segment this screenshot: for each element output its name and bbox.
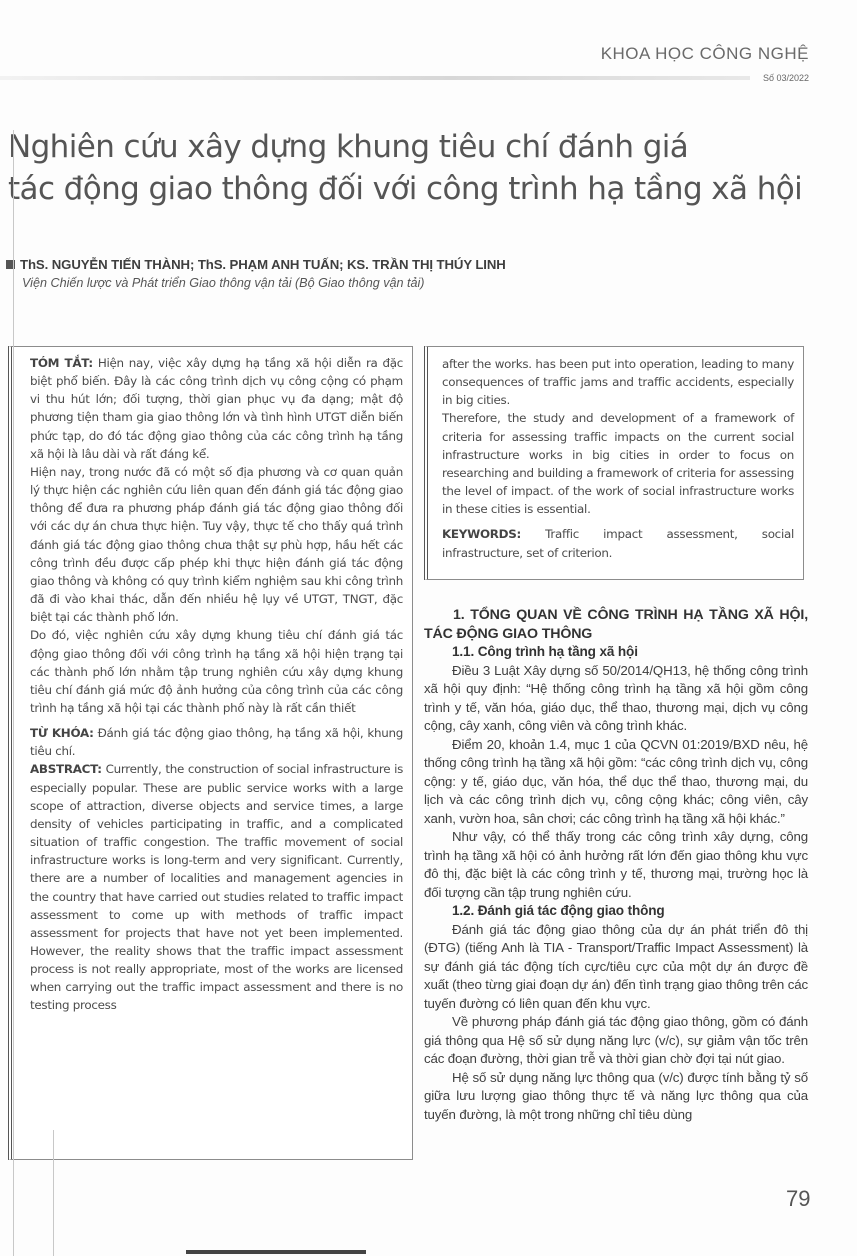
abstract-vi-p2: Hiện nay, trong nước đã có một số địa ph… xyxy=(30,463,403,626)
header-rule xyxy=(0,76,750,80)
abstract-en-text-1: Currently, the construction of social in… xyxy=(30,762,403,1012)
scan-fold-line xyxy=(13,130,14,1256)
body-paragraph: Như vậy, có thể thấy trong các công trìn… xyxy=(424,828,808,902)
issue-number: Số 03/2022 xyxy=(763,73,809,83)
title-line-2: tác động giao thông đối với công trình h… xyxy=(8,171,802,207)
section-name: KHOA HỌC CÔNG NGHỆ xyxy=(601,44,809,63)
abstract-vi-p1: TÓM TẮT: Hiện nay, việc xây dựng hạ tầng… xyxy=(30,354,403,463)
body-paragraph: Điều 3 Luật Xây dựng số 50/2014/QH13, hệ… xyxy=(424,662,808,736)
abstract-vi-text-1: Hiện nay, việc xây dựng hạ tầng xã hội d… xyxy=(30,356,403,461)
keywords-en-label: KEYWORDS: xyxy=(442,527,521,541)
abstract-en-p2: Therefore, the study and development of … xyxy=(442,409,794,518)
keywords-en: KEYWORDS: Traffic impact assessment, soc… xyxy=(442,525,794,561)
abstract-vi-label: TÓM TẮT: xyxy=(30,356,93,370)
article-title: Nghiên cứu xây dựng khung tiêu chí đánh … xyxy=(8,126,808,210)
abstract-panel-right: after the works. has been put into opera… xyxy=(424,346,804,580)
body-paragraph: Điểm 20, khoản 1.4, mục 1 của QCVN 01:20… xyxy=(424,736,808,829)
author-list: ThS. NGUYỄN TIẾN THÀNH; ThS. PHẠM ANH TU… xyxy=(6,257,506,272)
page-number: 79 xyxy=(786,1186,810,1212)
abstract-panel-left: TÓM TẮT: Hiện nay, việc xây dựng hạ tầng… xyxy=(8,346,413,1160)
abstract-en-continued: after the works. has been put into opera… xyxy=(442,355,794,409)
title-line-1: Nghiên cứu xây dựng khung tiêu chí đánh … xyxy=(8,129,688,165)
subsection-heading-1-1: 1.1. Công trình hạ tầng xã hội xyxy=(424,643,808,662)
abstract-en-label: ABSTRACT: xyxy=(30,762,102,776)
subsection-heading-1-2: 1.2. Đánh giá tác động giao thông xyxy=(424,902,808,921)
keywords-vi-label: TỪ KHÓA: xyxy=(30,726,94,740)
journal-section-header: KHOA HỌC CÔNG NGHỆ xyxy=(601,44,809,64)
bottom-rule xyxy=(186,1250,366,1254)
article-body: 1. TỔNG QUAN VỀ CÔNG TRÌNH HẠ TẦNG XÃ HỘ… xyxy=(424,606,808,1124)
authors-text: ThS. NGUYỄN TIẾN THÀNH; ThS. PHẠM ANH TU… xyxy=(20,257,506,272)
abstract-vi-p3: Do đó, việc nghiên cứu xây dựng khung ti… xyxy=(30,626,403,717)
body-paragraph: Đánh giá tác động giao thông của dự án p… xyxy=(424,921,808,1014)
body-paragraph: Hệ số sử dụng năng lực thông qua (v/c) đ… xyxy=(424,1069,808,1125)
affiliation: Viện Chiến lược và Phát triển Giao thông… xyxy=(22,276,425,290)
keywords-vi: TỪ KHÓA: Đánh giá tác động giao thông, h… xyxy=(30,724,403,760)
abstract-en-p1: ABSTRACT: Currently, the construction of… xyxy=(30,760,403,1014)
body-paragraph: Về phương pháp đánh giá tác động giao th… xyxy=(424,1013,808,1069)
section-heading-1: 1. TỔNG QUAN VỀ CÔNG TRÌNH HẠ TẦNG XÃ HỘ… xyxy=(424,606,808,643)
scan-fold-line xyxy=(53,1130,54,1256)
